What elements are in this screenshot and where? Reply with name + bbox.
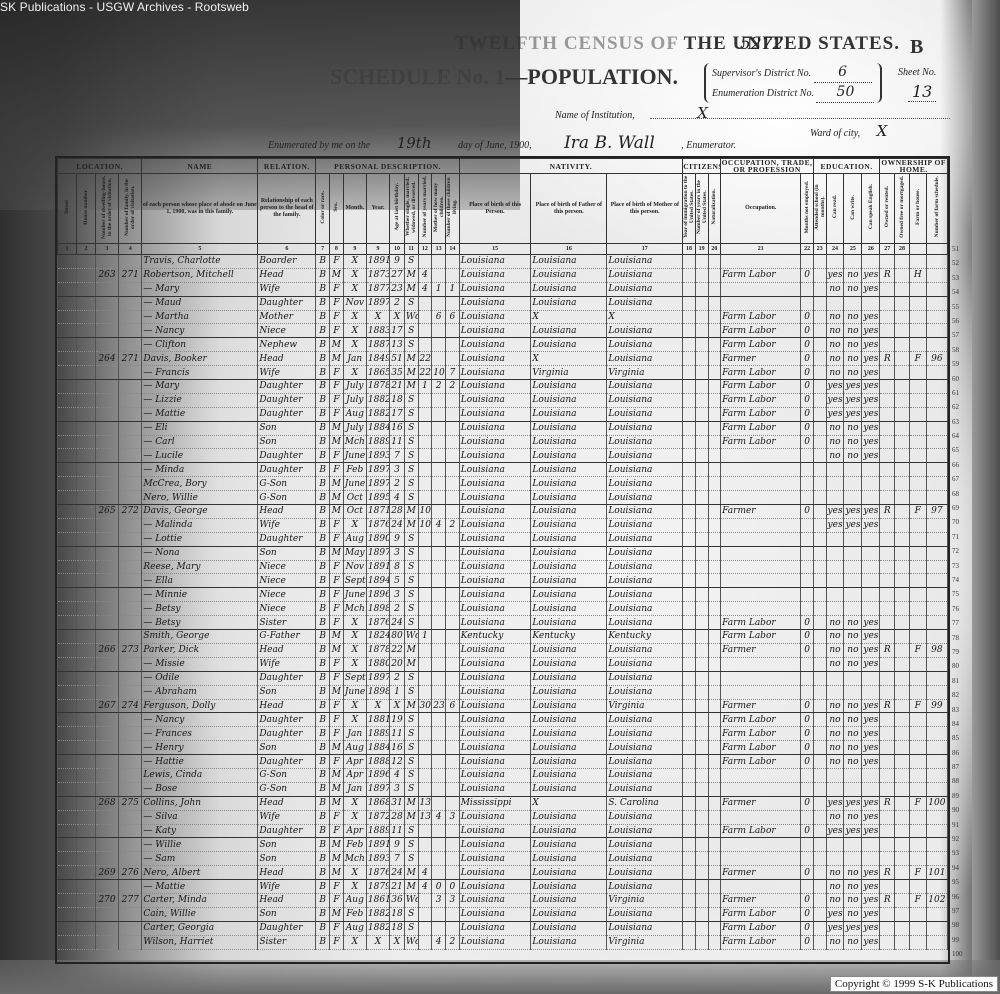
cell-nat (708, 796, 721, 810)
cell-eng: yes (862, 810, 880, 824)
cell-school (813, 338, 826, 352)
cell-nat (708, 893, 721, 907)
cell-write: no (844, 713, 862, 727)
cell-read (826, 852, 844, 866)
cell-bp: Louisiana (459, 727, 531, 741)
cell-relation: Son (258, 546, 316, 560)
cell-bf: Louisiana (531, 532, 607, 546)
cell-relation: Daughter (258, 921, 316, 935)
cell-unemp: 0 (801, 893, 814, 907)
cell-write: no (844, 657, 862, 671)
cell-mo (432, 407, 446, 421)
cell-occ (721, 532, 801, 546)
cell-street (58, 630, 77, 644)
column-number: 21 (721, 244, 801, 255)
cell-house (76, 268, 95, 282)
cell-bf: Louisiana (531, 782, 607, 796)
cell-yus (695, 921, 708, 935)
cell-fs: 98 (926, 643, 947, 657)
cell-school (813, 393, 826, 407)
cell-ch: 6 (445, 699, 459, 713)
cell-mo (432, 657, 446, 671)
cell-imm (683, 616, 696, 630)
person-name: Collins, John (142, 796, 258, 810)
cell-nat (708, 407, 721, 421)
cell-mo (432, 435, 446, 449)
cell-relation: Head (258, 699, 316, 713)
cell-school (813, 893, 826, 907)
hdr-birth-father: Place of birth of Father of this person. (531, 174, 607, 244)
cell-read: no (826, 893, 844, 907)
cell-month: Mch (343, 852, 366, 866)
cell-color: B (316, 268, 330, 282)
line-number: 84 (952, 717, 972, 731)
cell-school (813, 407, 826, 421)
cell-bm: Louisiana (607, 657, 683, 671)
hdr-years-married: Number of years married. (418, 174, 432, 244)
cell-color: B (316, 449, 330, 463)
cell-bm: Louisiana (607, 296, 683, 310)
cell-imm (683, 491, 696, 505)
cell-imm (683, 866, 696, 880)
cell-family: 271 (119, 352, 142, 366)
cell-fs (926, 935, 947, 949)
cell-sex: F (330, 893, 344, 907)
cell-write: no (844, 310, 862, 324)
cell-mort (895, 546, 910, 560)
cell-dwelling: 269 (95, 866, 118, 880)
cell-nat (708, 491, 721, 505)
hdr-birth-mother: Place of birth of Mother of this person. (607, 174, 683, 244)
cell-farm (909, 741, 926, 755)
enumerated-line: Enumerated by me on the 19th day of June… (268, 133, 736, 153)
cell-bm: Louisiana (607, 643, 683, 657)
cell-relation: Niece (258, 324, 316, 338)
cell-eng: yes (862, 824, 880, 838)
census-row: — EliSonBMJuly188416SLouisianaLouisianaL… (58, 421, 948, 435)
cell-bp: Louisiana (459, 852, 531, 866)
cell-fs (926, 755, 947, 769)
cell-age: 3 (390, 782, 405, 796)
enumerated-day: 19th (397, 134, 432, 152)
cell-dwelling (95, 255, 118, 269)
group-name: NAME (142, 159, 258, 174)
cell-own (880, 435, 895, 449)
person-name: Lewis, Cinda (142, 768, 258, 782)
cell-school (813, 852, 826, 866)
hdr-immigration: Year of immigration to the United States… (683, 174, 696, 244)
cell-fs: 97 (926, 505, 947, 519)
cell-imm (683, 643, 696, 657)
cell-read (826, 463, 844, 477)
cell-mort (895, 421, 910, 435)
cell-year: 1891 (366, 255, 389, 269)
cell-mort (895, 838, 910, 852)
cell-mort (895, 893, 910, 907)
cell-occ (721, 810, 801, 824)
cell-farm (909, 477, 926, 491)
cell-bf: Louisiana (531, 574, 607, 588)
cell-color: B (316, 768, 330, 782)
cell-occ (721, 768, 801, 782)
cell-occ: Farmer (721, 352, 801, 366)
cell-nat (708, 866, 721, 880)
cell-month: Oct (343, 491, 366, 505)
cell-house (76, 657, 95, 671)
sheet-number-value: 13 (908, 82, 936, 102)
cell-relation: Head (258, 796, 316, 810)
cell-mort (895, 505, 910, 519)
cell-occ: Farm Labor (721, 630, 801, 644)
cell-age: 51 (390, 352, 405, 366)
cell-mort (895, 866, 910, 880)
cell-eng: yes (862, 921, 880, 935)
cell-age: X (390, 699, 405, 713)
line-number: 86 (952, 746, 972, 760)
cell-dwelling (95, 630, 118, 644)
cell-fs (926, 713, 947, 727)
cell-family (119, 713, 142, 727)
line-number: 92 (952, 832, 972, 846)
cell-farm (909, 546, 926, 560)
cell-dwelling: 265 (95, 505, 118, 519)
cell-dwelling (95, 727, 118, 741)
cell-ch (445, 824, 459, 838)
cell-read: yes (826, 907, 844, 921)
cell-bf: Kentucky (531, 630, 607, 644)
cell-month: X (343, 310, 366, 324)
cell-age: 28 (390, 810, 405, 824)
person-name: — Maud (142, 296, 258, 310)
cell-own: R (880, 796, 895, 810)
cell-farm (909, 407, 926, 421)
cell-imm (683, 324, 696, 338)
cell-color: B (316, 491, 330, 505)
cell-nat (708, 768, 721, 782)
cell-age: 3 (390, 463, 405, 477)
cell-read (826, 782, 844, 796)
census-row: — MarthaMotherBFXXXWd66LouisianaXXFarm L… (58, 310, 948, 324)
line-number: 76 (952, 602, 972, 616)
cell-fs (926, 602, 947, 616)
cell-imm (683, 532, 696, 546)
cell-ch (445, 907, 459, 921)
cell-bf: Louisiana (531, 935, 607, 949)
cell-age: 2 (390, 671, 405, 685)
cell-own (880, 588, 895, 602)
cell-street (58, 546, 77, 560)
cell-eng (862, 782, 880, 796)
cell-color: B (316, 532, 330, 546)
cell-own (880, 477, 895, 491)
cell-school (813, 352, 826, 366)
cell-school (813, 810, 826, 824)
cell-read: yes (826, 518, 844, 532)
cell-fs (926, 588, 947, 602)
cell-year: 1881 (366, 713, 389, 727)
cell-unemp: 0 (801, 796, 814, 810)
cell-house (76, 324, 95, 338)
cell-unemp (801, 810, 814, 824)
cell-year: 1865 (366, 366, 389, 380)
cell-relation: Daughter (258, 713, 316, 727)
cell-marital: S (404, 616, 418, 630)
cell-unemp (801, 574, 814, 588)
cell-bm: Louisiana (607, 282, 683, 296)
cell-yus (695, 352, 708, 366)
column-number: 1 (58, 244, 77, 255)
cell-own (880, 657, 895, 671)
cell-bm: Louisiana (607, 518, 683, 532)
cell-eng: yes (862, 727, 880, 741)
cell-bm: Louisiana (607, 782, 683, 796)
cell-school (813, 421, 826, 435)
cell-eng: yes (862, 657, 880, 671)
cell-school (813, 880, 826, 894)
cell-bm: Louisiana (607, 810, 683, 824)
cell-mo (432, 505, 446, 519)
cell-own (880, 449, 895, 463)
cell-house (76, 741, 95, 755)
cell-occ (721, 782, 801, 796)
cell-mort (895, 380, 910, 394)
cell-mort (895, 255, 910, 269)
cell-unemp (801, 560, 814, 574)
cell-bf: Louisiana (531, 435, 607, 449)
cell-own: R (880, 268, 895, 282)
cell-read (826, 838, 844, 852)
cell-street (58, 393, 77, 407)
cell-ym (418, 852, 432, 866)
cell-bf: X (531, 310, 607, 324)
cell-eng: yes (862, 741, 880, 755)
cell-mo (432, 588, 446, 602)
cell-dwelling (95, 491, 118, 505)
person-name: Travis, Charlotte (142, 255, 258, 269)
cell-bf: Louisiana (531, 518, 607, 532)
cell-family: 273 (119, 643, 142, 657)
cell-bm: Louisiana (607, 824, 683, 838)
hdr-can-read: Can read. (826, 174, 844, 244)
cell-house (76, 685, 95, 699)
cell-yus (695, 449, 708, 463)
cell-age: 36 (390, 893, 405, 907)
cell-dwelling: 267 (95, 699, 118, 713)
cell-month: X (343, 630, 366, 644)
cell-mort (895, 574, 910, 588)
cell-age: 16 (390, 421, 405, 435)
cell-mort (895, 713, 910, 727)
census-row: Nero, WillieG-SonBMOct18954SLouisianaLou… (58, 491, 948, 505)
cell-imm (683, 935, 696, 949)
census-row: 267274Ferguson, DollyHeadBFXXXM30236Loui… (58, 699, 948, 713)
cell-write: yes (844, 518, 862, 532)
column-number: 20 (708, 244, 721, 255)
cell-bm: Louisiana (607, 560, 683, 574)
cell-house (76, 630, 95, 644)
cell-ym (418, 755, 432, 769)
line-number-margin: 5152535455565758596061626364656667686970… (952, 242, 972, 962)
cell-month: Jan (343, 782, 366, 796)
cell-color: B (316, 880, 330, 894)
cell-family (119, 491, 142, 505)
cell-eng: yes (862, 518, 880, 532)
cell-dwelling (95, 560, 118, 574)
column-number: 25 (844, 244, 862, 255)
census-row: — EllaNieceBFSept18945SLouisianaLouisian… (58, 574, 948, 588)
cell-color: B (316, 546, 330, 560)
cell-family (119, 852, 142, 866)
column-number: 28 (895, 244, 910, 255)
cell-month: X (343, 866, 366, 880)
cell-marital: S (404, 741, 418, 755)
cell-imm (683, 741, 696, 755)
cell-age: 11 (390, 824, 405, 838)
hdr-farm-schedule: Number of farm schedule. (926, 174, 947, 244)
cell-dwelling (95, 741, 118, 755)
cell-family (119, 435, 142, 449)
cell-occ (721, 296, 801, 310)
census-row: — NancyNieceBFX188317SLouisianaLouisiana… (58, 324, 948, 338)
cell-relation: Head (258, 866, 316, 880)
cell-dwelling (95, 810, 118, 824)
cell-mo (432, 393, 446, 407)
cell-bp: Louisiana (459, 602, 531, 616)
cell-year: 1891 (366, 560, 389, 574)
cell-bf: Louisiana (531, 505, 607, 519)
cell-nat (708, 699, 721, 713)
cell-read: yes (826, 505, 844, 519)
cell-imm (683, 296, 696, 310)
cell-ym (418, 588, 432, 602)
cell-ym (418, 727, 432, 741)
cell-house (76, 713, 95, 727)
cell-family (119, 782, 142, 796)
hdr-can-write: Can write. (844, 174, 862, 244)
cell-bp: Louisiana (459, 352, 531, 366)
person-name: — Ella (142, 574, 258, 588)
cell-house (76, 366, 95, 380)
cell-nat (708, 907, 721, 921)
cell-read (826, 768, 844, 782)
cell-fs (926, 657, 947, 671)
cell-write: no (844, 699, 862, 713)
cell-write (844, 296, 862, 310)
cell-bm: Virginia (607, 935, 683, 949)
cell-school (813, 296, 826, 310)
cell-mo (432, 324, 446, 338)
census-row: — AbrahamSonBMJune18981SLouisianaLouisia… (58, 685, 948, 699)
cell-ch (445, 435, 459, 449)
cell-relation: Daughter (258, 407, 316, 421)
cell-color: B (316, 393, 330, 407)
cell-marital: M (404, 880, 418, 894)
cell-occ: Farm Labor (721, 421, 801, 435)
cell-month: X (343, 255, 366, 269)
cell-family (119, 838, 142, 852)
cell-year: 1883 (366, 324, 389, 338)
cell-read: no (826, 755, 844, 769)
line-number: 70 (952, 515, 972, 529)
cell-unemp: 0 (801, 421, 814, 435)
cell-imm (683, 407, 696, 421)
cell-marital: S (404, 477, 418, 491)
cell-age: 18 (390, 907, 405, 921)
cell-read: no (826, 338, 844, 352)
cell-bp: Louisiana (459, 810, 531, 824)
cell-yus (695, 282, 708, 296)
cell-bf: Louisiana (531, 338, 607, 352)
cell-relation: Sister (258, 616, 316, 630)
cell-imm (683, 713, 696, 727)
cell-mo (432, 782, 446, 796)
cell-fs (926, 449, 947, 463)
cell-month: June (343, 477, 366, 491)
cell-farm (909, 463, 926, 477)
cell-year: 1882 (366, 407, 389, 421)
cell-year: 1882 (366, 393, 389, 407)
cell-sex: M (330, 352, 344, 366)
cell-sex: F (330, 713, 344, 727)
cell-nat (708, 352, 721, 366)
cell-bm: Louisiana (607, 727, 683, 741)
cell-occ (721, 546, 801, 560)
cell-sex: F (330, 824, 344, 838)
person-name: McCrea, Bory (142, 477, 258, 491)
cell-relation: Daughter (258, 532, 316, 546)
cell-color: B (316, 782, 330, 796)
cell-house (76, 255, 95, 269)
cell-color: B (316, 866, 330, 880)
cell-mo (432, 755, 446, 769)
cell-mo: 0 (432, 880, 446, 894)
cell-bf: Louisiana (531, 380, 607, 394)
cell-house (76, 824, 95, 838)
cell-ym: 4 (418, 866, 432, 880)
cell-farm (909, 310, 926, 324)
cell-dwelling: 270 (95, 893, 118, 907)
cell-ym (418, 296, 432, 310)
cell-fs: 96 (926, 352, 947, 366)
cell-yus (695, 380, 708, 394)
cell-fs (926, 768, 947, 782)
line-number: 56 (952, 314, 972, 328)
cell-house (76, 296, 95, 310)
cell-mort (895, 852, 910, 866)
cell-occ: Farm Labor (721, 727, 801, 741)
cell-yus (695, 407, 708, 421)
census-row: — MaudDaughterBFNov18972SLouisianaLouisi… (58, 296, 948, 310)
cell-marital: S (404, 463, 418, 477)
cell-dwelling (95, 685, 118, 699)
cell-yus (695, 560, 708, 574)
cell-bf: Louisiana (531, 685, 607, 699)
cell-ch (445, 852, 459, 866)
cell-year: 1896 (366, 768, 389, 782)
cell-bf: Louisiana (531, 421, 607, 435)
person-name: — Lucile (142, 449, 258, 463)
cell-year: 1897 (366, 782, 389, 796)
cell-month: Nov (343, 560, 366, 574)
cell-ym (418, 741, 432, 755)
cell-street (58, 574, 77, 588)
cell-month: Aug (343, 893, 366, 907)
cell-marital: S (404, 338, 418, 352)
cell-relation: Niece (258, 602, 316, 616)
cell-dwelling (95, 755, 118, 769)
cell-age: 2 (390, 602, 405, 616)
cell-eng: yes (862, 352, 880, 366)
